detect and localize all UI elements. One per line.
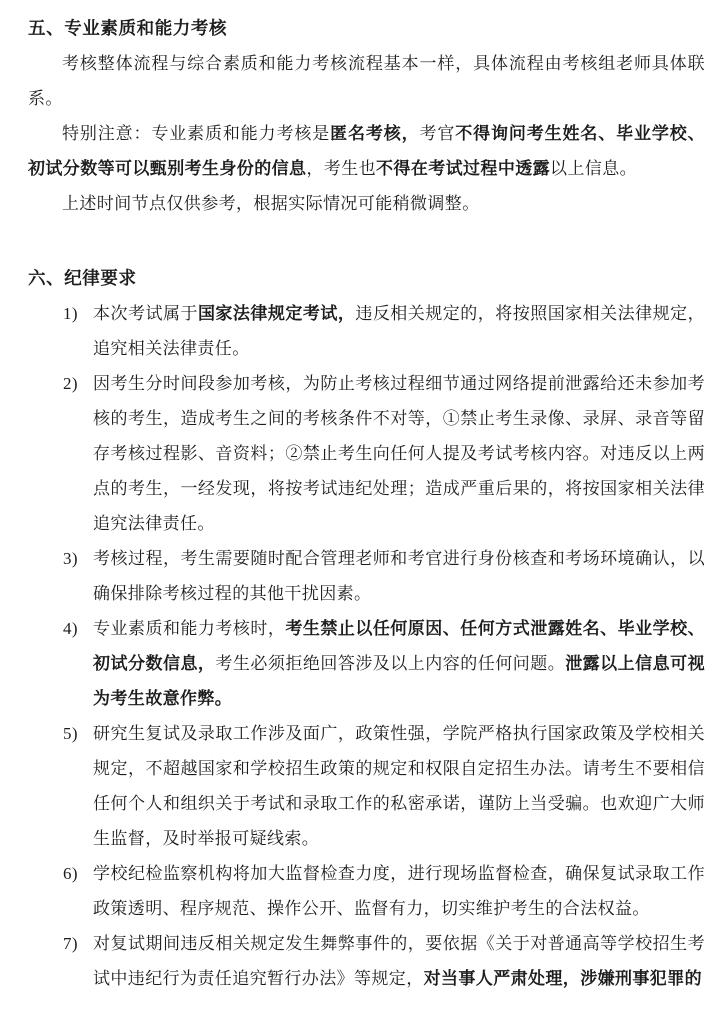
list-item-6: 6) 学校纪检监察机构将加大监督检查力度，进行现场监督检查，确保复试录取工作政策…: [28, 856, 705, 926]
list-item-text: 研究生复试及录取工作涉及面广，政策性强，学院严格执行国家政策及学校相关规定，不超…: [93, 716, 705, 856]
list-item-3: 3) 考核过程，考生需要随时配合管理老师和考官进行身份核查和考场环境确认，以确保…: [28, 541, 705, 611]
list-item-text: 专业素质和能力考核时，考生禁止以任何原因、任何方式泄露姓名、毕业学校、初试分数信…: [93, 611, 705, 716]
text-run: 国家法律规定考试，: [198, 304, 355, 323]
text-run: 学校纪检监察机构将加大监督检查力度，进行现场监督检查，确保复试录取工作政策透明、…: [93, 864, 705, 918]
section-heading-professional-assessment: 五、专业素质和能力考核: [28, 11, 705, 46]
paragraph-time-reference: 上述时间节点仅供参考，根据实际情况可能稍微调整。: [28, 186, 705, 221]
section-professional-assessment: 五、专业素质和能力考核 考核整体流程与综合素质和能力考核流程基本一样，具体流程由…: [28, 11, 705, 221]
text-run: 研究生复试及录取工作涉及面广，政策性强，学院严格执行国家政策及学校相关规定，不超…: [93, 724, 705, 848]
discipline-list: 1) 本次考试属于国家法律规定考试，违反相关规定的，将按照国家相关法律规定，追究…: [28, 296, 705, 996]
list-item-number: 3): [63, 541, 93, 611]
list-item-2: 2) 因考生分时间段参加考核，为防止考核过程细节通过网络提前泄露给还未参加考核的…: [28, 366, 705, 541]
list-item-text: 考核过程，考生需要随时配合管理老师和考官进行身份核查和考场环境确认，以确保排除考…: [93, 541, 705, 611]
text-run: 上述时间节点仅供参考，根据实际情况可能稍微调整。: [62, 194, 480, 213]
list-item-4: 4) 专业素质和能力考核时，考生禁止以任何原因、任何方式泄露姓名、毕业学校、初试…: [28, 611, 705, 716]
list-item-text: 学校纪检监察机构将加大监督检查力度，进行现场监督检查，确保复试录取工作政策透明、…: [93, 856, 705, 926]
list-item-number: 5): [63, 716, 93, 856]
list-item-number: 7): [63, 926, 93, 996]
list-item-5: 5) 研究生复试及录取工作涉及面广，政策性强，学院严格执行国家政策及学校相关规定…: [28, 716, 705, 856]
text-run: 特别注意：专业素质和能力考核是: [62, 124, 330, 143]
text-run: 考官: [419, 124, 455, 143]
section-discipline-requirements: 六、纪律要求 1) 本次考试属于国家法律规定考试，违反相关规定的，将按照国家相关…: [28, 261, 705, 996]
text-run: 因考生分时间段参加考核，为防止考核过程细节通过网络提前泄露给还未参加考核的考生，…: [93, 374, 705, 533]
list-item-number: 2): [63, 366, 93, 541]
list-item-1: 1) 本次考试属于国家法律规定考试，违反相关规定的，将按照国家相关法律规定，追究…: [28, 296, 705, 366]
text-run: 考核过程，考生需要随时配合管理老师和考官进行身份核查和考场环境确认，以确保排除考…: [93, 549, 705, 603]
list-item-text: 对复试期间违反相关规定发生舞弊事件的，要依据《关于对普通高等学校招生考试中违纪行…: [93, 926, 705, 996]
list-item-number: 1): [63, 296, 93, 366]
text-run: 匿名考核，: [330, 124, 419, 143]
list-item-text: 本次考试属于国家法律规定考试，违反相关规定的，将按照国家相关法律规定，追究相关法…: [93, 296, 705, 366]
list-item-number: 6): [63, 856, 93, 926]
text-run: 考生必须拒绝回答涉及以上内容的任何问题。: [215, 654, 565, 673]
document-page: 五、专业素质和能力考核 考核整体流程与综合素质和能力考核流程基本一样，具体流程由…: [0, 0, 717, 1017]
section-heading-discipline-requirements: 六、纪律要求: [28, 261, 705, 296]
text-run: 本次考试属于: [93, 304, 198, 323]
text-run: 不得在考试过程中透露: [376, 159, 550, 178]
list-item-7: 7) 对复试期间违反相关规定发生舞弊事件的，要依据《关于对普通高等学校招生考试中…: [28, 926, 705, 996]
list-item-text: 因考生分时间段参加考核，为防止考核过程细节通过网络提前泄露给还未参加考核的考生，…: [93, 366, 705, 541]
text-run: 考核整体流程与综合素质和能力考核流程基本一样，具体流程由考核组老师具体联系。: [28, 54, 705, 108]
text-run: 专业素质和能力考核时，: [93, 619, 285, 638]
paragraph-special-notice: 特别注意：专业素质和能力考核是匿名考核，考官不得询问考生姓名、毕业学校、初试分数…: [28, 116, 705, 186]
paragraph-overall-process: 考核整体流程与综合素质和能力考核流程基本一样，具体流程由考核组老师具体联系。: [28, 46, 705, 116]
text-run: ，考生也: [306, 159, 376, 178]
list-item-number: 4): [63, 611, 93, 716]
text-run: 以上信息。: [550, 159, 637, 178]
text-run: 对当事人严肃处理，涉嫌刑事犯罪的: [424, 969, 702, 988]
